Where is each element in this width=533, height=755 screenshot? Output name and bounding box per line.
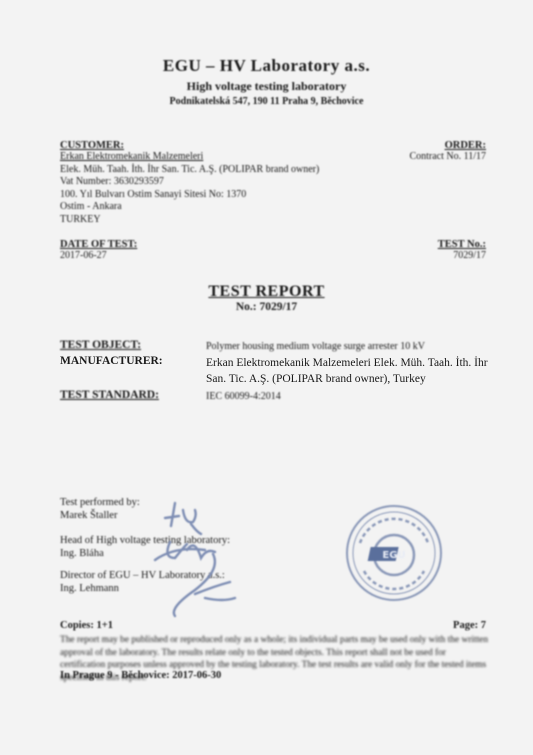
customer-line: TURKEY [60, 214, 319, 227]
test-number-value: 7029/17 [438, 250, 486, 263]
company-name: EGU – HV Laboratory a.s. [0, 56, 533, 76]
manufacturer-value-line: Erkan Elektromekanik Malzemeleri Elek. M… [206, 355, 496, 371]
signatory-name: Marek Štaller [60, 510, 140, 523]
customer-label: CUSTOMER: [60, 140, 319, 151]
manufacturer-label: MANUFACTURER: [60, 355, 163, 367]
report-number: No.: 7029/17 [0, 301, 533, 313]
customer-line: 100. Yıl Bulvarı Ostim Sanayi Sitesi No:… [60, 189, 319, 202]
test-object-value: Polymer housing medium voltage surge arr… [206, 339, 496, 355]
stamp-logo-text: EGU [382, 550, 405, 561]
test-report-page: EGU – HV Laboratory a.s. High voltage te… [0, 0, 533, 755]
test-number-block: TEST No.: 7029/17 [438, 239, 486, 263]
signatory-role: Test performed by: [60, 497, 140, 510]
customer-block: CUSTOMER: Erkan Elektromekanik Malzemele… [60, 140, 319, 226]
customer-line: Ostim - Ankara [60, 201, 319, 214]
page-number: Page: 7 [453, 620, 486, 631]
customer-line: Vat Number: 3630293597 [60, 176, 319, 189]
date-of-test-block: DATE OF TEST: 2017-06-27 [60, 239, 137, 263]
manufacturer-row: MANUFACTURER: Erkan Elektromekanik Malze… [60, 355, 490, 389]
report-title: TEST REPORT [0, 283, 533, 301]
test-standard-value: IEC 60099-4:2014 [206, 389, 496, 405]
company-subtitle: High voltage testing laboratory [0, 79, 533, 94]
customer-line: Erkan Elektromekanik Malzemeleri [60, 151, 319, 164]
place-and-date: In Prague 9 - Běchovice: 2017-06-30 [60, 670, 221, 681]
order-block: ORDER: Contract No. 11/17 [409, 140, 486, 164]
official-stamp-icon: EGU [344, 503, 444, 603]
signatory-test-performer: Test performed by: Marek Štaller [60, 497, 140, 522]
test-object-row: TEST OBJECT: Polymer housing medium volt… [60, 339, 490, 355]
company-address: Podnikatelská 547, 190 11 Praha 9, Běcho… [0, 96, 533, 107]
date-of-test-label: DATE OF TEST: [60, 239, 137, 250]
order-label: ORDER: [409, 140, 486, 151]
order-value: Contract No. 11/17 [409, 151, 486, 164]
test-object-label: TEST OBJECT: [60, 339, 141, 351]
handwritten-signature-icon [135, 498, 255, 618]
test-number-label: TEST No.: [438, 239, 486, 250]
customer-line: Elek. Müh. Taah. İth. İhr San. Tic. A.Ş.… [60, 164, 319, 177]
test-standard-row: TEST STANDARD: IEC 60099-4:2014 [60, 389, 490, 405]
manufacturer-value-line: San. Tic. A.Ş. (POLIPAR brand owner), Tu… [206, 371, 496, 387]
manufacturer-value: Erkan Elektromekanik Malzemeleri Elek. M… [206, 355, 496, 387]
test-standard-label: TEST STANDARD: [60, 389, 159, 401]
copies-count: Copies: 1+1 [60, 620, 113, 631]
date-of-test-value: 2017-06-27 [60, 250, 137, 263]
